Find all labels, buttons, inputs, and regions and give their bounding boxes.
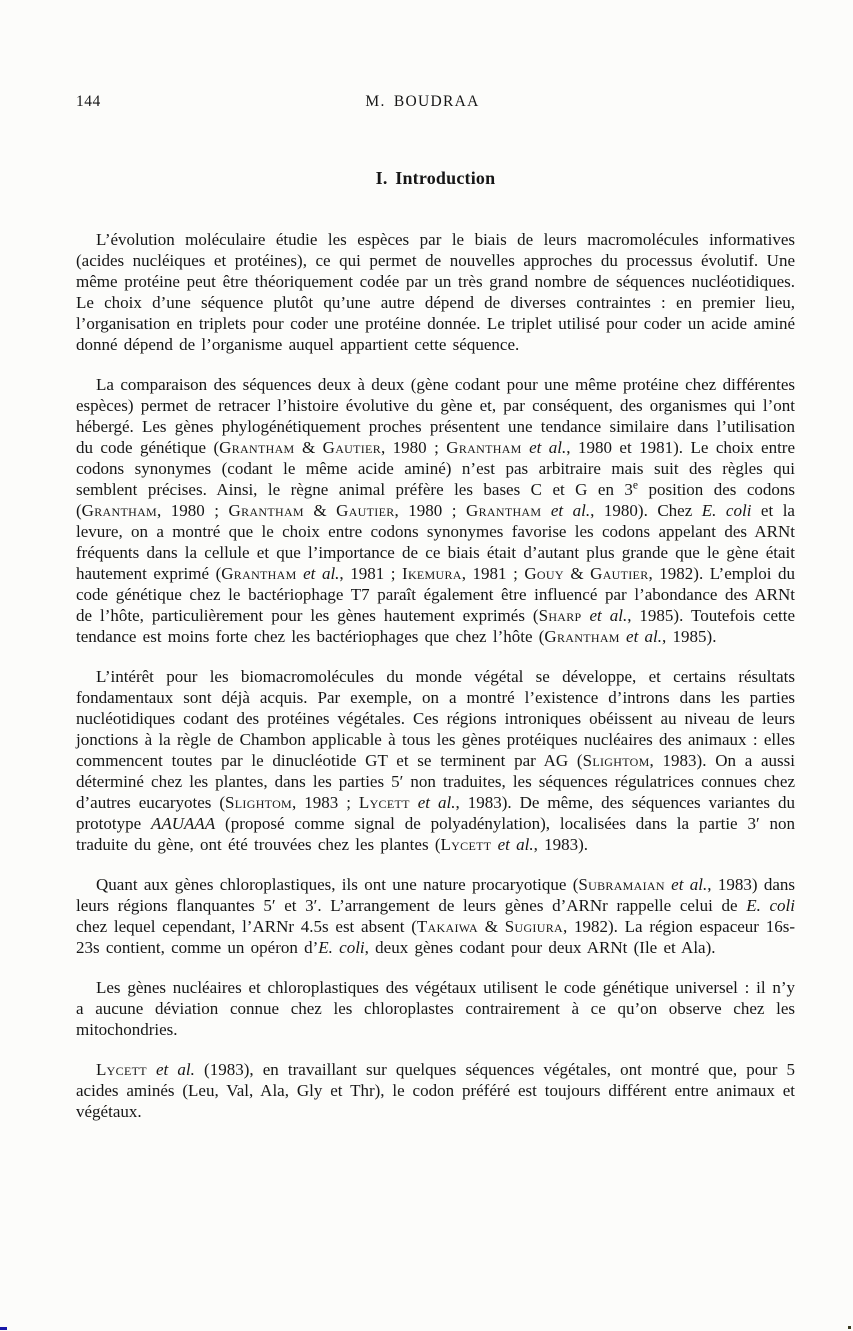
citation-author-name: Gautier: [323, 438, 381, 457]
text-segment: , 1983 ;: [292, 793, 359, 812]
citation-author-name: Sharp: [539, 606, 582, 625]
citation-author-name: Lycett: [96, 1060, 147, 1079]
text-segment: [522, 438, 529, 457]
citation-author-name: Sugiura: [505, 917, 563, 936]
italic-text: et al.: [626, 627, 662, 646]
article-body: L’évolution moléculaire étudie les espèc…: [76, 229, 795, 1122]
text-segment: [541, 501, 551, 520]
text-segment: , 1980 ;: [395, 501, 467, 520]
citation-author-name: Slightom: [583, 751, 650, 770]
citation-author-name: Grantham: [82, 501, 157, 520]
text-segment: L’évolution moléculaire étudie les espèc…: [76, 230, 795, 354]
paragraph: L’intérêt pour les biomacromolécules du …: [76, 666, 795, 855]
citation-author-name: Gautier: [590, 564, 648, 583]
citation-author-name: Grantham: [446, 438, 521, 457]
citation-author-name: Grantham: [466, 501, 541, 520]
text-segment: chez lequel cependant, l’ARNr 4.5s est a…: [76, 917, 417, 936]
text-segment: Quant aux gènes chloroplastiques, ils on…: [96, 875, 578, 894]
page-number: 144: [76, 94, 101, 110]
italic-text: et al.: [590, 606, 628, 625]
italic-text: et al.: [529, 438, 566, 457]
section-heading: I. Introduction: [76, 169, 795, 188]
citation-author-name: Takaiwa: [417, 917, 478, 936]
italic-text: et al.: [498, 835, 534, 854]
paragraph: Quant aux gènes chloroplastiques, ils on…: [76, 874, 795, 958]
text-segment: &: [564, 564, 590, 583]
text-segment: , 1985).: [662, 627, 716, 646]
text-segment: [147, 1060, 156, 1079]
text-segment: [410, 793, 418, 812]
paragraph: Lycett et al. (1983), en travaillant sur…: [76, 1059, 795, 1122]
citation-author-name: Gautier: [336, 501, 394, 520]
scan-artifact-bottom-left: [0, 1327, 7, 1330]
text-segment: [582, 606, 590, 625]
text-segment: , 1981 ;: [462, 564, 525, 583]
page-content: 144 M. BOUDRAA I. Introduction L’évoluti…: [0, 0, 853, 1122]
text-segment: &: [295, 438, 323, 457]
citation-author-name: Grantham: [229, 501, 304, 520]
text-segment: Les gènes nucléaires et chloroplastiques…: [76, 978, 795, 1039]
citation-author-name: Lycett: [440, 835, 491, 854]
text-segment: , 1980 ;: [381, 438, 446, 457]
text-segment: , 1980 ;: [157, 501, 229, 520]
text-segment: , 1981 ;: [339, 564, 402, 583]
text-segment: , 1980). Chez: [590, 501, 702, 520]
citation-author-name: Subramaian: [578, 875, 664, 894]
italic-text: et al.: [418, 793, 456, 812]
italic-text: et al.: [303, 564, 339, 583]
italic-text: et al.: [156, 1060, 195, 1079]
citation-author-name: Grantham: [219, 438, 294, 457]
scan-artifact-bottom-right: [848, 1326, 851, 1329]
text-segment: &: [478, 917, 505, 936]
paragraph: Les gènes nucléaires et chloroplastiques…: [76, 977, 795, 1040]
citation-author-name: Grantham: [221, 564, 296, 583]
citation-author-name: Grantham: [544, 627, 619, 646]
citation-author-name: Ikemura: [402, 564, 462, 583]
scanned-paper-page: 144 M. BOUDRAA I. Introduction L’évoluti…: [0, 0, 853, 1331]
text-segment: &: [304, 501, 336, 520]
italic-text: E. coli: [318, 938, 364, 957]
citation-author-name: Gouy: [524, 564, 563, 583]
text-segment: , 1983).: [534, 835, 588, 854]
running-head-author: M. BOUDRAA: [76, 94, 769, 110]
text-segment: , deux gènes codant pour deux ARNt (Ile …: [365, 938, 716, 957]
italic-text: E. coli: [746, 896, 795, 915]
citation-author-name: Slightom: [225, 793, 292, 812]
italic-text: et al.: [551, 501, 590, 520]
italic-text: AAUAAA: [151, 814, 215, 833]
running-header: 144 M. BOUDRAA: [76, 94, 795, 111]
italic-text: E. coli: [702, 501, 752, 520]
italic-text: et al.: [671, 875, 707, 894]
citation-author-name: Lycett: [359, 793, 410, 812]
paragraph: La comparaison des séquences deux à deux…: [76, 374, 795, 647]
paragraph: L’évolution moléculaire étudie les espèc…: [76, 229, 795, 355]
